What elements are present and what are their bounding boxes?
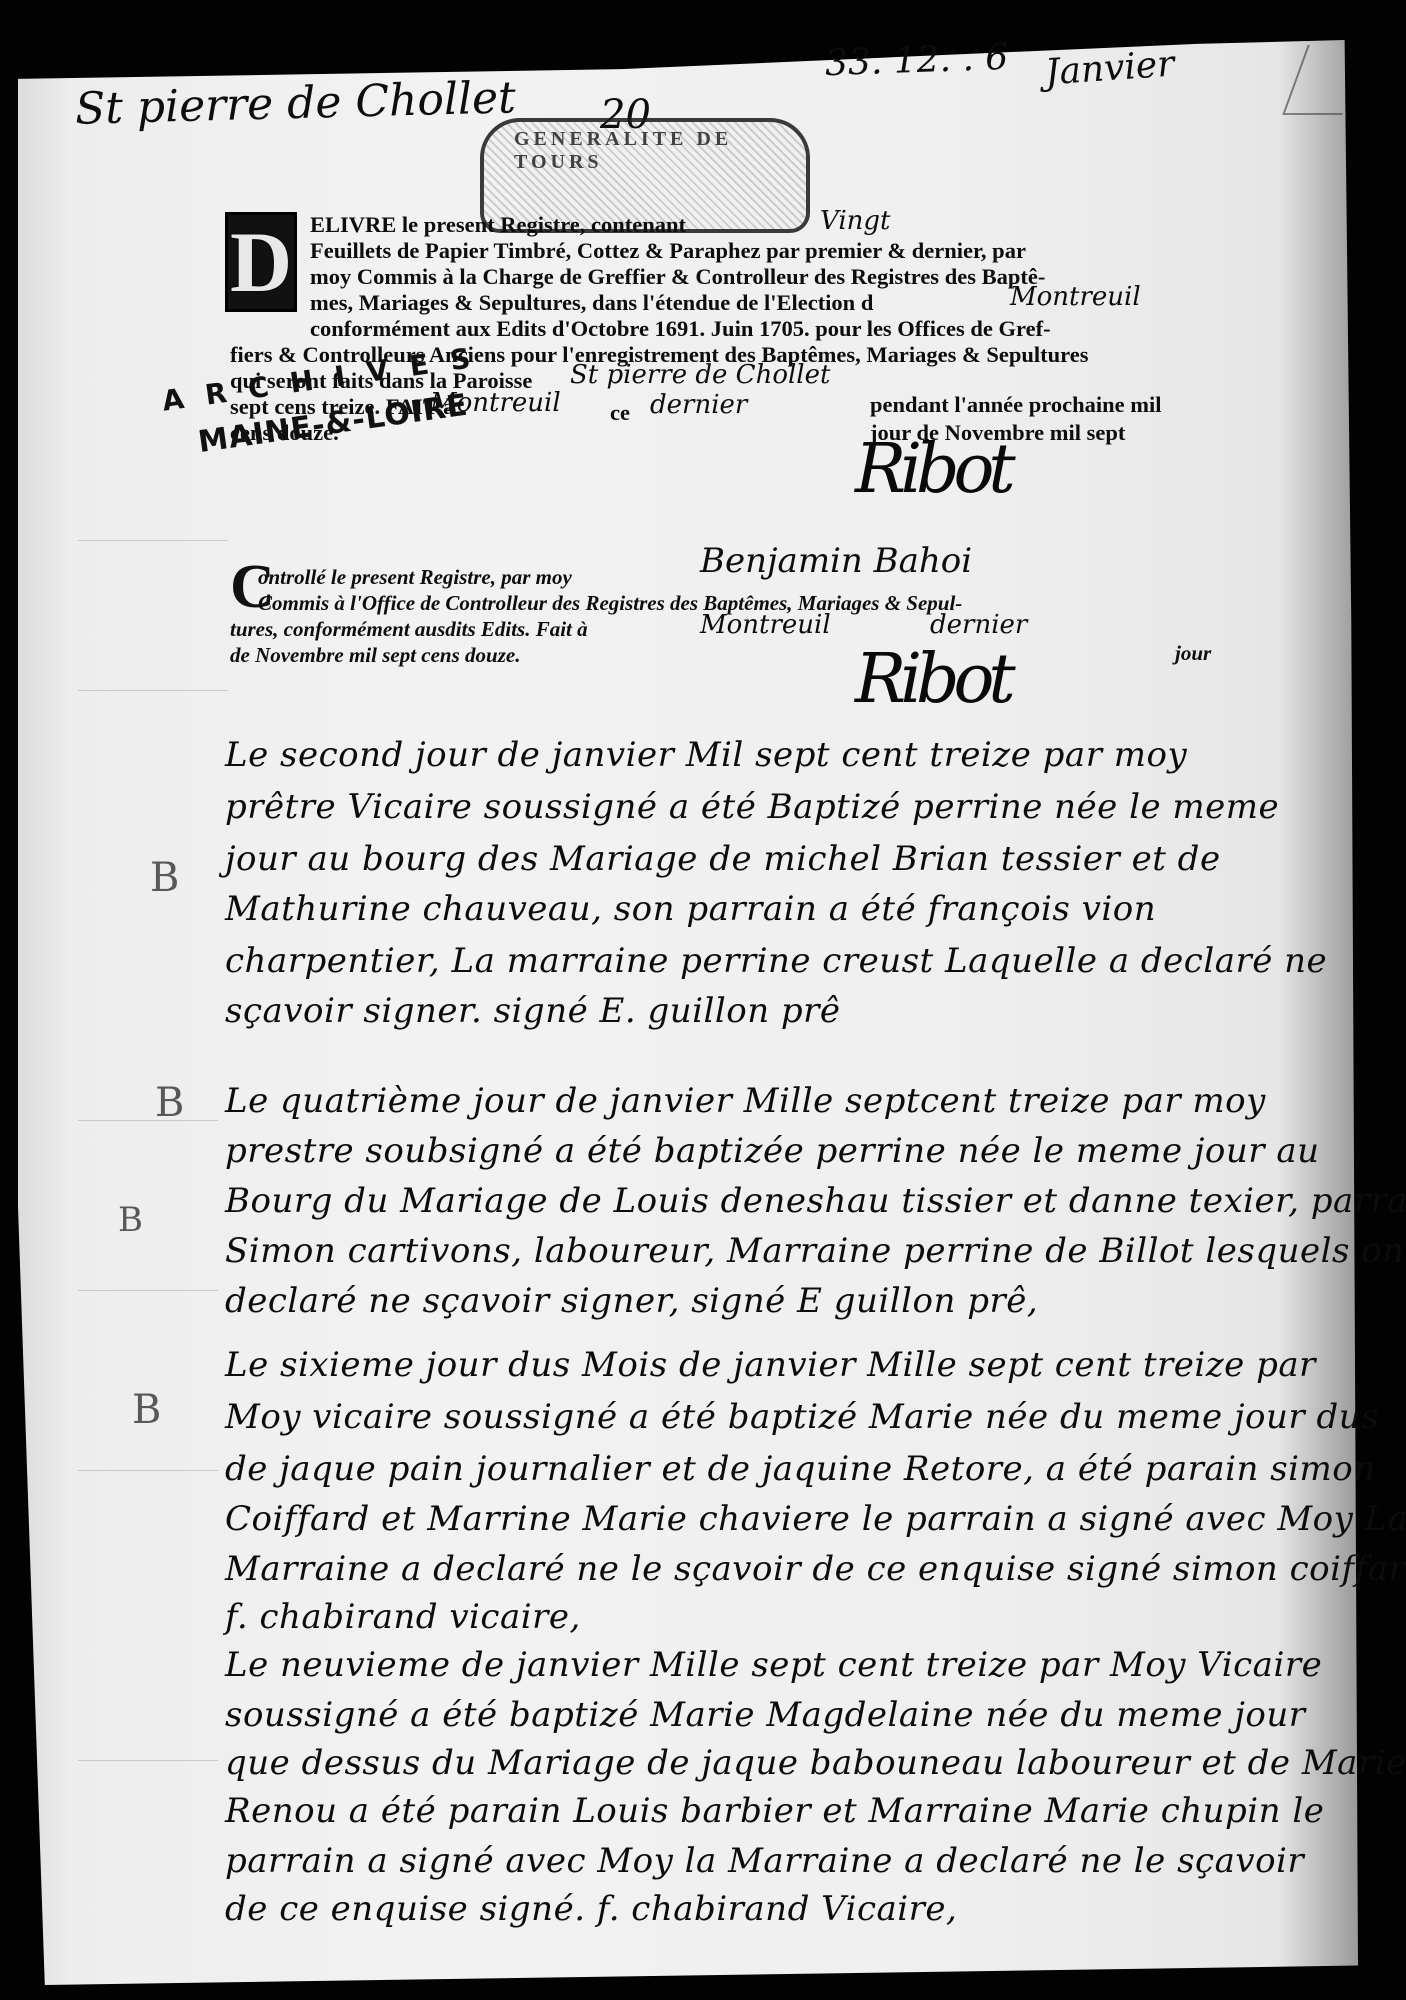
entry-line: de jaque pain journalier et de jaquine R… (225, 1449, 1376, 1489)
controlle-line: Commis à l'Office de Controlleur des Reg… (258, 590, 962, 617)
fill-fait-a-controlle: Montreuil (700, 612, 831, 639)
entry-line: Coiffard et Marrine Marie chaviere le pa… (225, 1499, 1406, 1539)
dropcap-d: D (225, 212, 297, 312)
entry-line: parrain a signé avec Moy la Marraine a d… (225, 1841, 1304, 1881)
entry-line: Mathurine chauveau, son parrain a été fr… (225, 889, 1156, 929)
signature-ribot: Ribot (855, 430, 1010, 509)
cert-line: ELIVRE le present Registre, contenant (310, 212, 686, 238)
cert-line: moy Commis à la Charge de Greffier & Con… (310, 264, 1045, 290)
entry-line: Marraine a declaré ne le sçavoir de ce e… (225, 1549, 1406, 1589)
entry-line: charpentier, La marraine perrine creust … (225, 941, 1327, 981)
signature-ribot-controlle: Ribot (855, 640, 1010, 719)
fill-par-moy: Benjamin Bahoi (700, 548, 972, 575)
entry-line: Le sixieme jour dus Mois de janvier Mill… (225, 1345, 1316, 1385)
cert-line: pendant l'année prochaine mil (870, 392, 1162, 418)
entry-line: prestre soubsigné a été baptizée perrine… (225, 1131, 1320, 1171)
cert-line: ce (610, 400, 630, 426)
jour-label: jour (1175, 640, 1211, 667)
fill-jour-controlle: dernier (930, 612, 1027, 639)
entry-line: Moy vicaire soussigné a été baptizé Mari… (225, 1397, 1379, 1437)
entry-line: Le quatrième jour de janvier Mille septc… (225, 1081, 1266, 1121)
entry-line: Bourg du Mariage de Louis deneshau tissi… (225, 1181, 1406, 1221)
cert-line: mes, Mariages & Sepultures, dans l'étend… (310, 290, 873, 316)
entry-line: Le neuvieme de janvier Mille sept cent t… (225, 1645, 1322, 1685)
entry-line: jour au bourg des Mariage de michel Bria… (225, 839, 1221, 879)
entry-line: sçavoir signer. signé E. guillon prê (225, 991, 841, 1031)
fill-election: Montreuil (1010, 284, 1141, 310)
cert-line: conformément aux Edits d'Octobre 1691. J… (310, 316, 1051, 342)
entry-line: f. chabirand vicaire, (225, 1597, 581, 1637)
entry-line: Le second jour de janvier Mil sept cent … (225, 735, 1187, 775)
controlle-line: tures, conformément ausdits Edits. Fait … (230, 616, 588, 643)
entry-line: declaré ne sçavoir signer, signé E guill… (225, 1281, 1038, 1321)
entry-line: soussigné a été baptizé Marie Magdelaine… (225, 1695, 1305, 1735)
seal-text: GENERALITE DE TOURS (514, 128, 806, 174)
entry-line: Simon cartivons, laboureur, Marraine per… (225, 1231, 1406, 1271)
margin-mark-baptism: B (132, 1387, 161, 1433)
entry-line: que dessus du Mariage de jaque babouneau… (225, 1743, 1406, 1783)
controlle-line: ontrollé le present Registre, par moy (258, 564, 572, 591)
fill-paroisse: St pierre de Chollet (570, 362, 830, 388)
entry-line: prêtre Vicaire soussigné a été Baptizé p… (225, 787, 1279, 827)
entry-line: Renou a été parain Louis barbier et Marr… (225, 1791, 1324, 1831)
margin-mark-baptism: B (118, 1200, 143, 1240)
margin-mark-baptism: B (150, 855, 179, 901)
entry-line: de ce enquise signé. f. chabirand Vicair… (225, 1889, 957, 1929)
margin-mark-baptism: B (155, 1080, 184, 1126)
fill-count: Vingt (820, 208, 890, 234)
controlle-line: de Novembre mil sept cens douze. (230, 642, 520, 669)
cert-line: Feuillets de Papier Timbré, Cottez & Par… (310, 238, 1026, 264)
fill-jour: dernier (650, 392, 747, 418)
archive-reference: 33. 12. . 6 (824, 37, 1009, 84)
